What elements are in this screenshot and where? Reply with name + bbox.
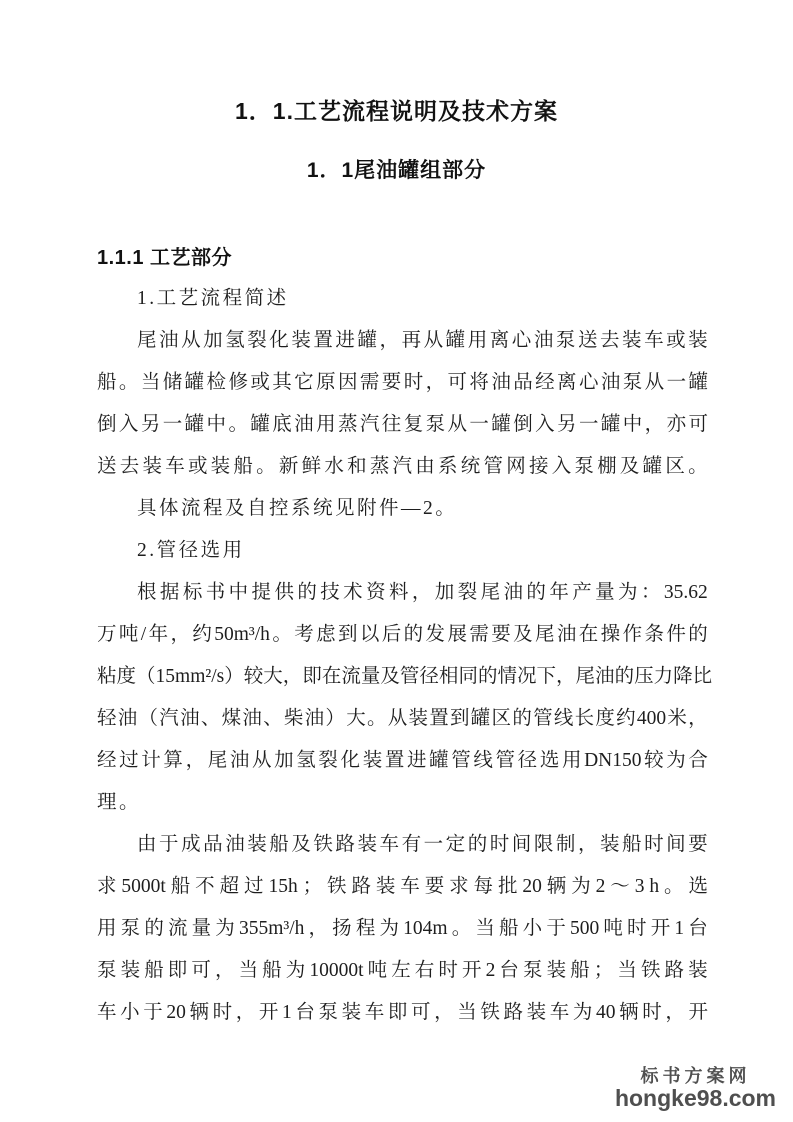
- text-line: 泵装船即可，当船为10000t吨左右时开2台泵装船；当铁路装: [97, 950, 708, 992]
- section-heading: 1.1.1 工艺部分: [97, 241, 232, 270]
- text-line: 求5000t船不超过15h；铁路装车要求每批20辆为2～3h。选: [97, 866, 708, 908]
- paragraph: 由于成品油装船及铁路装车有一定的时间限制，装船时间要求5000t船不超过15h；…: [97, 824, 708, 1034]
- text-line: 2.管径选用: [97, 530, 708, 572]
- paragraph: 1.工艺流程简述: [97, 278, 708, 320]
- document-subtitle: 1．1尾油罐组部分: [0, 154, 793, 184]
- text-line: 船。当储罐检修或其它原因需要时，可将油品经离心油泵从一罐: [97, 362, 708, 404]
- text-line: 1.工艺流程简述: [97, 278, 708, 320]
- text-line: 经过计算，尾油从加氢裂化装置进罐管线管径选用DN150较为合: [97, 740, 708, 782]
- text-line: 车小于20辆时，开1台泵装车即可，当铁路装车为40辆时，开: [97, 992, 708, 1034]
- watermark: 标书方案网 hongke98.com: [615, 1066, 776, 1110]
- text-line: 倒入另一罐中。罐底油用蒸汽往复泵从一罐倒入另一罐中，亦可: [97, 404, 708, 446]
- text-line: 粘度（15mm²/s）较大，即在流量及管径相同的情况下，尾油的压力降比: [97, 656, 708, 698]
- paragraph: 尾油从加氢裂化装置进罐，再从罐用离心油泵送去装车或装船。当储罐检修或其它原因需要…: [97, 320, 708, 488]
- text-line: 用泵的流量为355m³/h，扬程为104m。当船小于500吨时开1台: [97, 908, 708, 950]
- text-line: 轻油（汽油、煤油、柴油）大。从装置到罐区的管线长度约400米，: [97, 698, 708, 740]
- text-line: 由于成品油装船及铁路装车有一定的时间限制，装船时间要: [97, 824, 708, 866]
- watermark-site-url: hongke98.com: [615, 1087, 776, 1110]
- document-body: 1.工艺流程简述尾油从加氢裂化装置进罐，再从罐用离心油泵送去装车或装船。当储罐检…: [97, 278, 708, 1034]
- watermark-site-name: 标书方案网: [615, 1066, 776, 1087]
- document-page: 1．1.工艺流程说明及技术方案 1．1尾油罐组部分 1.1.1 工艺部分 1.工…: [0, 0, 793, 1122]
- text-line: 根据标书中提供的技术资料，加裂尾油的年产量为：35.62: [97, 572, 708, 614]
- text-line: 理。: [97, 782, 708, 824]
- paragraph: 具体流程及自控系统见附件—2。: [97, 488, 708, 530]
- text-line: 具体流程及自控系统见附件—2。: [97, 488, 708, 530]
- paragraph: 根据标书中提供的技术资料，加裂尾油的年产量为：35.62万吨/年，约50m³/h…: [97, 572, 708, 824]
- paragraph: 2.管径选用: [97, 530, 708, 572]
- document-title: 1．1.工艺流程说明及技术方案: [0, 93, 793, 126]
- text-line: 送去装车或装船。新鲜水和蒸汽由系统管网接入泵棚及罐区。: [97, 446, 708, 488]
- text-line: 尾油从加氢裂化装置进罐，再从罐用离心油泵送去装车或装: [97, 320, 708, 362]
- text-line: 万吨/年，约50m³/h。考虑到以后的发展需要及尾油在操作条件的: [97, 614, 708, 656]
